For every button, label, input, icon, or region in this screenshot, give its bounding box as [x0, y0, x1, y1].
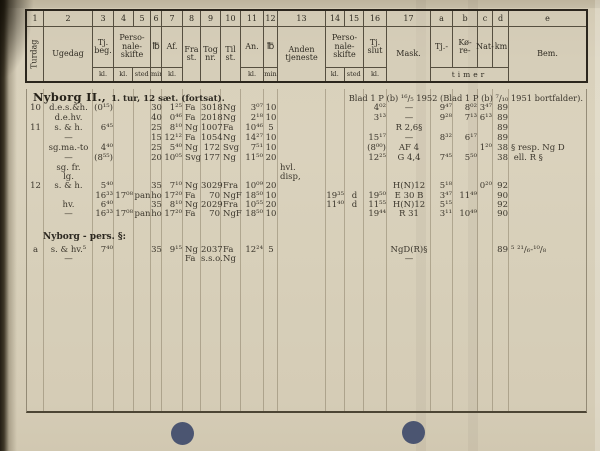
header-col-label: Tj. slut — [364, 27, 386, 67]
table-cell: Ng — [183, 123, 201, 133]
table-cell — [326, 123, 345, 133]
table-cell: 15¹⁷ — [364, 133, 387, 143]
header-sub-label: min — [151, 68, 161, 81]
table-cell: Fa — [221, 123, 241, 133]
table-cell — [431, 143, 453, 153]
table-cell: — — [44, 209, 93, 219]
header-col-label: Anden tjeneste — [278, 27, 325, 81]
table-cell: 4⁰² — [364, 103, 387, 113]
table-cell — [509, 133, 586, 143]
table-cell: R 31 — [387, 209, 431, 219]
table-cell — [453, 143, 478, 153]
header-col-number: e — [509, 11, 586, 26]
header-group: Mask. — [387, 27, 431, 81]
header-col-number: 4 — [114, 11, 134, 26]
header-sub-label: kl. — [162, 68, 182, 81]
table-cell — [493, 254, 509, 264]
table-cell: 38 — [493, 153, 509, 163]
table-cell — [114, 113, 134, 123]
header-sub-row: timer — [431, 67, 508, 81]
table-cell: Svg — [221, 143, 241, 153]
table-row: —1512¹²Fa1054Ng14²⁷1015¹⁷—8³²6¹⁷89 — [27, 133, 586, 143]
table-cell — [27, 143, 44, 153]
table-cell: 1054 — [201, 133, 221, 143]
scan-top-shadow — [0, 0, 600, 8]
table-row: 12s. & h.5⁴⁰357¹⁰Ng3029Fra10⁰⁹20H(N)125¹… — [27, 181, 586, 191]
header-sub-label: kl. — [114, 68, 133, 81]
table-cell — [278, 153, 326, 163]
table-cell: — — [44, 254, 93, 264]
table-cell: Fa — [183, 103, 201, 113]
table-cell: 3⁴⁷ — [478, 103, 493, 113]
table-cell: 6¹⁷ — [453, 133, 478, 143]
header-col-label: Tog nr. — [201, 27, 220, 81]
header-group: Anden tjeneste — [278, 27, 326, 81]
header-multi-labels: Tj.-Kø- re-Nat-km — [431, 27, 508, 67]
table-cell — [364, 181, 387, 191]
table-cell: 10⁰⁵ — [162, 153, 183, 163]
header-col-number: 2 — [44, 11, 93, 26]
table-row: —Fas.s.o.Ng— — [27, 254, 586, 264]
table-cell: — — [387, 113, 431, 123]
header-col-number: 9 — [201, 11, 221, 26]
table-cell: 17⁰⁸ — [114, 209, 134, 219]
table-cell — [134, 143, 151, 153]
table-cell: G 4,4 — [387, 153, 431, 163]
table-cell — [453, 254, 478, 264]
table-cell: (0¹⁵) — [93, 103, 114, 113]
header-col-label: Kø- re- — [453, 27, 478, 67]
blad-note: Blad 1 P (b) ¹⁶/₅ 1952 (Blad 1 P (b) ⁷/₁… — [349, 93, 583, 103]
table-cell: 89 — [493, 113, 509, 123]
table-cell: H(N)12 — [387, 181, 431, 191]
table-cell — [278, 123, 326, 133]
table-cell — [27, 133, 44, 143]
table-cell — [278, 143, 326, 153]
table-cell — [345, 133, 364, 143]
header-sub-row: kl. — [93, 67, 113, 81]
table-cell: 6¹³ — [478, 113, 493, 123]
table-cell: Fa — [183, 254, 201, 264]
table-cell — [345, 254, 364, 264]
table-row: d.e.hv.400⁴⁶Fa2018Ng2¹⁸103¹³—9²⁸7¹³6¹³89 — [27, 113, 586, 123]
header-col-number: 11 — [241, 11, 264, 26]
header-group: Tj. slutkl. — [364, 27, 387, 81]
table-cell: 6⁴⁵ — [93, 123, 114, 133]
table-cell — [134, 153, 151, 163]
table-cell: — — [387, 103, 431, 113]
table-cell: Ng — [221, 103, 241, 113]
header-col-number: 3 — [93, 11, 114, 26]
table-cell: Ng — [183, 143, 201, 153]
table-cell: 0²⁰ — [478, 181, 493, 191]
header-col-number: 17 — [387, 11, 431, 26]
table-cell — [93, 254, 114, 264]
header-group: Tj. beg.kl. — [93, 27, 114, 81]
table-cell — [93, 113, 114, 123]
table-cell: 19⁴⁴ — [364, 209, 387, 219]
table-cell — [278, 103, 326, 113]
header-group: Tj.-Kø- re-Nat-kmtimer — [431, 27, 509, 81]
punch-hole-left — [171, 422, 194, 445]
table-cell — [27, 254, 44, 264]
header-col-number: 13 — [278, 11, 326, 26]
table-cell — [114, 123, 134, 133]
header-sub-label: timer — [431, 68, 508, 81]
table-cell — [364, 254, 387, 264]
table-cell — [453, 123, 478, 133]
table-cell: d.e.hv. — [44, 113, 93, 123]
header-col-label: Mask. — [387, 27, 430, 81]
table-cell: 20 — [151, 153, 162, 163]
table-cell: 17²⁰ — [162, 209, 183, 219]
table-cell: — — [387, 133, 431, 143]
table-cell: — — [44, 133, 93, 143]
header-sub-row: min — [151, 67, 161, 81]
table-cell: 11 — [27, 123, 44, 133]
table-cell — [93, 133, 114, 143]
header-col-number: c — [478, 11, 493, 26]
table-cell — [431, 123, 453, 133]
binding-corner-shadow — [0, 0, 34, 80]
table-cell: 70 — [201, 209, 221, 219]
table-cell: 89 — [493, 103, 509, 113]
header-group: An.kl. — [241, 27, 264, 81]
table-cell: 5¹⁸ — [431, 181, 453, 191]
table-cell: 172 — [201, 143, 221, 153]
table-cell — [134, 103, 151, 113]
header-col-label: An. — [241, 27, 263, 67]
header-col-label: Tj. beg. — [93, 27, 113, 67]
table-cell: 8¹⁰ — [162, 123, 183, 133]
table-cell — [345, 123, 364, 133]
table-cell — [326, 103, 345, 113]
header-col-label: Bem. — [509, 27, 586, 81]
table-cell — [27, 209, 44, 219]
table-cell — [345, 113, 364, 123]
header-col-label: Perso- nale- skifte — [326, 27, 363, 67]
table-cell: 1007 — [201, 123, 221, 133]
table-cell: d.e.s.&h. — [44, 103, 93, 113]
table-cell: 3¹³ — [364, 113, 387, 123]
table-cell: 5⁵⁰ — [453, 153, 478, 163]
table-cell — [509, 123, 586, 133]
table-cell: 12¹² — [162, 133, 183, 143]
table-cell — [326, 181, 345, 191]
section-heading: Nyborg II., 1. tur, 12 sæt. (fortsat). B… — [27, 90, 586, 104]
header-col-label: ℔ — [264, 27, 277, 67]
table-cell: 8⁰² — [453, 103, 478, 113]
punch-hole-right — [402, 421, 425, 444]
table-cell — [478, 209, 493, 219]
table-cell: pan — [134, 209, 151, 219]
table-cell — [134, 181, 151, 191]
table-cell: Svg — [183, 153, 201, 163]
table-cell: Fa — [183, 133, 201, 143]
table-cell: 4⁴⁰ — [93, 143, 114, 153]
table-cell: 177 — [201, 153, 221, 163]
table-cell — [278, 254, 326, 264]
header-sub-row: kl.sted — [326, 67, 363, 81]
table-cell — [478, 254, 493, 264]
table-cell: 2¹⁸ — [241, 113, 264, 123]
table-cell: — — [387, 254, 431, 264]
column-label-row: TurdagUgedagTj. beg.kl.Perso- nale- skif… — [27, 27, 586, 81]
table-cell: 7⁵¹ — [241, 143, 264, 153]
table-cell: Fa — [183, 209, 201, 219]
table-cell: 3¹¹ — [431, 209, 453, 219]
table-cell: s. & h. — [44, 123, 93, 133]
header-sub-label: kl. — [241, 68, 263, 81]
scanned-timetable-page: 1234567891011121314151617abcde TurdagUge… — [0, 0, 600, 451]
table-cell: 10 — [27, 103, 44, 113]
header-col-number: d — [493, 11, 509, 26]
header-group: Af.kl. — [162, 27, 183, 81]
table-cell: NgF — [221, 209, 241, 219]
table-cell — [509, 113, 586, 123]
table-cell: § resp. Ng D — [509, 143, 586, 153]
table-cell: Ng — [221, 153, 241, 163]
table-cell: 5⁴⁰ — [162, 143, 183, 153]
table-cell: Fra — [221, 181, 241, 191]
header-col-label: Tj.- — [431, 27, 453, 67]
table-cell: 18⁵⁰ — [241, 209, 264, 219]
table-cell: s.s.o. — [201, 254, 221, 264]
section2-title: Nyborg - pers. §: — [43, 232, 126, 242]
table-cell: 92 — [493, 181, 509, 191]
header-group: ℔min — [151, 27, 162, 81]
header-sub-label: min — [264, 68, 277, 81]
table-cell: 10 — [264, 103, 278, 113]
table-cell: 10 — [264, 113, 278, 123]
header-group: Fra st. — [183, 27, 201, 81]
table-row: —16³³17⁰⁸panho17²⁰Fa70NgF18⁵⁰1019⁴⁴R 313… — [27, 209, 586, 219]
table-cell: sg.ma.-to — [44, 143, 93, 153]
table-cell: 10 — [264, 133, 278, 143]
table-cell — [345, 209, 364, 219]
table-cell: 90 — [493, 209, 509, 219]
header-col-label: km — [493, 27, 509, 67]
table-cell — [114, 153, 134, 163]
header-sub-row: kl. — [241, 67, 263, 81]
table-cell — [431, 254, 453, 264]
header-group: Tog nr. — [201, 27, 221, 81]
table-cell: 1²⁵ — [162, 103, 183, 113]
header-sub-label: sted — [133, 68, 150, 81]
table-cell — [326, 143, 345, 153]
table-row: 11s. & h.6⁴⁵258¹⁰Ng1007Fa10⁴⁶5R 2,6§89 — [27, 123, 586, 133]
table-cell — [114, 143, 134, 153]
table-cell — [114, 181, 134, 191]
table-cell — [345, 103, 364, 113]
table-cell — [364, 123, 387, 133]
column-header-table: 1234567891011121314151617abcde TurdagUge… — [25, 9, 588, 83]
header-col-number: 14 — [326, 11, 345, 26]
table-cell — [478, 123, 493, 133]
header-col-number: 6 — [151, 11, 162, 26]
table-cell — [345, 181, 364, 191]
table-cell — [326, 209, 345, 219]
table-cell: 11⁵⁰ — [241, 153, 264, 163]
table-cell: ho — [151, 209, 162, 219]
header-sub-row: min — [264, 67, 277, 81]
table-cell: 10⁴⁶ — [241, 123, 264, 133]
table-cell — [453, 181, 478, 191]
table-cell — [509, 254, 586, 264]
table-cell: 7⁴⁵ — [431, 153, 453, 163]
table-cell — [264, 254, 278, 264]
table-cell — [27, 153, 44, 163]
header-col-number: 10 — [221, 11, 241, 26]
header-col-number: 12 — [264, 11, 278, 26]
header-sub-row: kl. — [162, 67, 182, 81]
table-cell: 9⁴⁷ — [431, 103, 453, 113]
table-cell: R 2,6§ — [387, 123, 431, 133]
header-group: Ugedag — [44, 27, 93, 81]
table-cell — [478, 153, 493, 163]
table-row: sg.ma.-to4⁴⁰255⁴⁰Ng172Svg7⁵¹10(8⁰⁰)AF 41… — [27, 143, 586, 153]
header-col-label: Af. — [162, 27, 182, 67]
header-sub-label: kl. — [364, 68, 386, 81]
header-col-number: 16 — [364, 11, 387, 26]
table-cell — [27, 113, 44, 123]
table-cell: 3018 — [201, 103, 221, 113]
table-cell — [509, 181, 586, 191]
table-cell: 1²⁰ — [478, 143, 493, 153]
table-cell — [134, 254, 151, 264]
table-cell: Fa — [183, 113, 201, 123]
table-cell: s. & h. — [44, 181, 93, 191]
table-cell: ell. R § — [509, 153, 586, 163]
table-row: —(8⁵⁵)2010⁰⁵Svg177Ng11⁵⁰2012²⁵G 4,47⁴⁵5⁵… — [27, 153, 586, 163]
header-group: Til st. — [221, 27, 241, 81]
paper-right-edge — [595, 0, 600, 451]
table-cell: 30 — [151, 103, 162, 113]
table-cell: 8³² — [431, 133, 453, 143]
table-cell: (8⁵⁵) — [93, 153, 114, 163]
table-cell: 5⁴⁰ — [93, 181, 114, 191]
header-sub-label: kl. — [93, 68, 113, 81]
header-col-number: 5 — [134, 11, 151, 26]
table-cell: 7¹⁰ — [162, 181, 183, 191]
table-cell: 12²⁵ — [364, 153, 387, 163]
table-cell: 25 — [151, 143, 162, 153]
table-cell: 9²⁸ — [431, 113, 453, 123]
table-cell: 25 — [151, 123, 162, 133]
table-cell: AF 4 — [387, 143, 431, 153]
table-cell: 3029 — [201, 181, 221, 191]
table-cell — [114, 133, 134, 143]
header-col-label: ℔ — [151, 27, 161, 67]
header-group: ℔min — [264, 27, 278, 81]
table-cell: 10⁴⁹ — [453, 209, 478, 219]
header-group: Perso- nale- skiftekl.sted — [114, 27, 151, 81]
table-cell: 14²⁷ — [241, 133, 264, 143]
table-cell — [151, 254, 162, 264]
table-cell: 7¹³ — [453, 113, 478, 123]
table-cell: 38 — [493, 143, 509, 153]
header-sub-label: sted — [345, 68, 363, 81]
table-cell: (8⁰⁰) — [364, 143, 387, 153]
table-cell — [278, 209, 326, 219]
table-cell — [114, 254, 134, 264]
table-cell: 3⁰⁷ — [241, 103, 264, 113]
table-cell: 10⁰⁹ — [241, 181, 264, 191]
header-col-label: Til st. — [221, 27, 240, 81]
column-number-row: 1234567891011121314151617abcde — [27, 11, 586, 27]
table-cell: Ng — [183, 181, 201, 191]
header-sub-row: kl.sted — [114, 67, 150, 81]
header-col-label: Fra st. — [183, 27, 200, 81]
table-cell: 89 — [493, 123, 509, 133]
table-cell: 89 — [493, 133, 509, 143]
table-cell: 10 — [264, 143, 278, 153]
table-cell: 2018 — [201, 113, 221, 123]
table-cell: 40 — [151, 113, 162, 123]
header-group: Bem. — [509, 27, 586, 81]
table-cell — [326, 113, 345, 123]
table-cell — [134, 133, 151, 143]
table-cell: 35 — [151, 181, 162, 191]
table-cell — [509, 209, 586, 219]
header-col-number: a — [431, 11, 453, 26]
header-col-number: 7 — [162, 11, 183, 26]
header-col-number: b — [453, 11, 478, 26]
table-cell — [326, 254, 345, 264]
header-col-number: 8 — [183, 11, 201, 26]
table-cell — [278, 133, 326, 143]
header-col-label: Ugedag — [44, 27, 92, 81]
table-cell: Ng — [221, 133, 241, 143]
header-col-label: Nat- — [478, 27, 493, 67]
table-cell — [114, 103, 134, 113]
table-cell — [478, 133, 493, 143]
table-cell — [509, 103, 586, 113]
table-cell: 16³³ — [93, 209, 114, 219]
header-group: Perso- nale- skiftekl.sted — [326, 27, 364, 81]
table-cell: 20 — [264, 181, 278, 191]
table-cell: Ng — [221, 254, 241, 264]
header-col-number: 15 — [345, 11, 364, 26]
table-cell — [134, 123, 151, 133]
table-cell — [278, 181, 326, 191]
header-sub-label: kl. — [326, 68, 345, 81]
table-cell — [345, 153, 364, 163]
table-row: 10d.e.s.&h.(0¹⁵)301²⁵Fa3018Ng3⁰⁷104⁰²—9⁴… — [27, 103, 586, 113]
table-cell: 5 — [264, 123, 278, 133]
table-cell — [278, 113, 326, 123]
table-cell: Ng — [221, 113, 241, 123]
table-cell: 10 — [264, 209, 278, 219]
table-cell — [134, 113, 151, 123]
table-cell: 0⁴⁶ — [162, 113, 183, 123]
table-cell — [326, 133, 345, 143]
table-body: Nyborg II., 1. tur, 12 sæt. (fortsat). B… — [26, 89, 587, 413]
table-cell — [162, 254, 183, 264]
table-cell: 20 — [264, 153, 278, 163]
header-sub-row: kl. — [364, 67, 386, 81]
table-cell: 15 — [151, 133, 162, 143]
table-cell: 12 — [27, 181, 44, 191]
header-col-label: Perso- nale- skifte — [114, 27, 150, 67]
table-cell — [345, 143, 364, 153]
table-cell — [241, 254, 264, 264]
table-cell: — — [44, 153, 93, 163]
table-cell — [326, 153, 345, 163]
section-title: Nyborg II., — [33, 90, 106, 104]
